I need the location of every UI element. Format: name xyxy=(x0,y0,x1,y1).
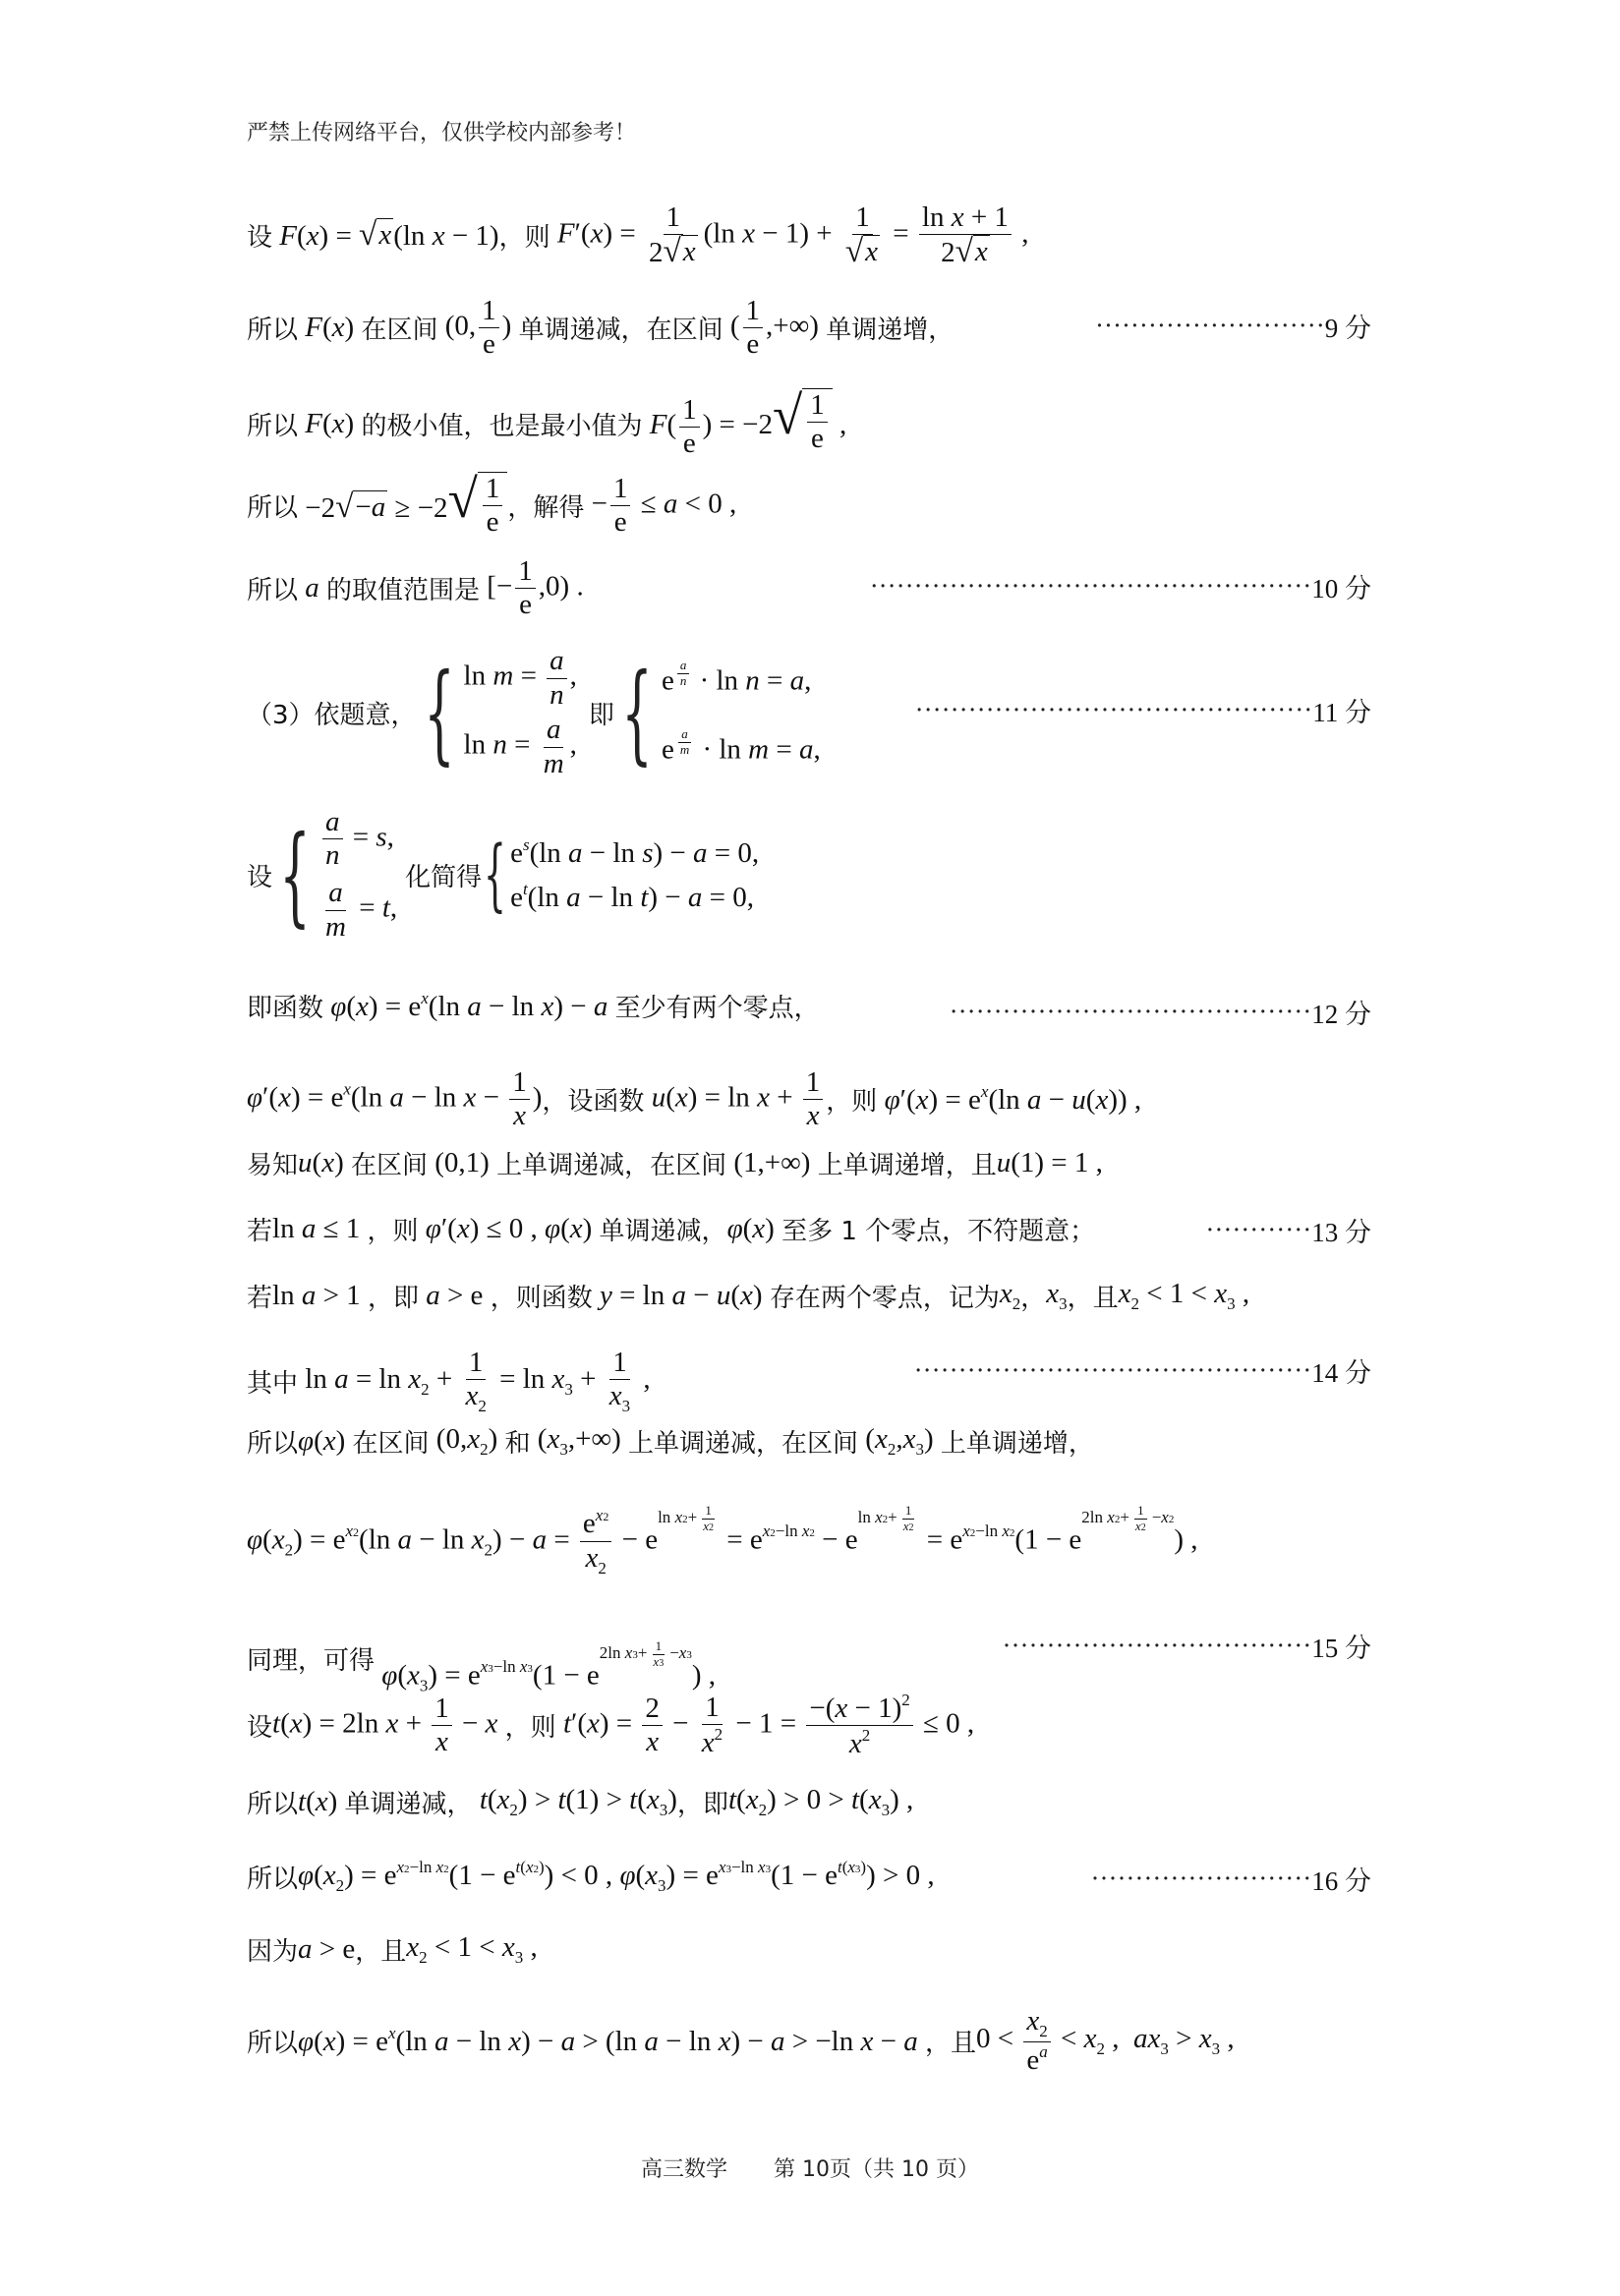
text: （3）依题意， xyxy=(247,695,417,731)
text: 上单调递减，在区间 xyxy=(628,1423,858,1460)
math-line-15: φ(x2) = ex2(ln a − ln x2) − a = ex2x2 − … xyxy=(247,1504,1198,1578)
page-footer: 高三数学 第 10页（共 10 页） xyxy=(0,2152,1620,2183)
text: 设 xyxy=(247,857,272,893)
text: 所以 xyxy=(247,2023,298,2059)
math-line-13: 其中 ln a = ln x2 + 1x2 = ln x3 + 1x3 , xyxy=(247,1347,651,1416)
score-marker-13: ············13 分 xyxy=(1205,1211,1371,1249)
text: ， xyxy=(1020,1278,1046,1314)
text: 上单调递减，在区间 xyxy=(496,1145,726,1181)
math-line-21: 所以 φ(x) = ex(ln a − ln x) − a > (ln a − … xyxy=(247,2005,1235,2077)
math-line-14: 所以 φ(x) 在区间 (0,x2) 和 (x3,+∞) 上单调递减，在区间 (… xyxy=(247,1423,1094,1460)
text: 其中 xyxy=(247,1363,298,1400)
text: 单调递增， xyxy=(826,310,954,346)
text: 的极小值，也是最小值为 xyxy=(361,406,642,442)
page-header-notice: 严禁上传网络平台，仅供学校内部参考！ xyxy=(247,116,636,146)
text: 单调递减， xyxy=(345,1784,473,1820)
text: 所以 xyxy=(247,1423,298,1460)
math-line-4: 所以 −2√−a ≥ −2√1e ，解得 −1e ≤ a < 0 , xyxy=(247,472,736,540)
text: 若 xyxy=(247,1278,272,1314)
score-marker-15: ···································15 分 xyxy=(1003,1627,1371,1665)
text: ，且 xyxy=(925,2023,976,2059)
math-line-16: 同理，可得 φ(x3) = ex3−ln x3(1 − e2ln x3+1x3−… xyxy=(247,1622,716,1695)
text: 所以 xyxy=(247,406,298,442)
math-line-19: 所以 φ(x2) = ex2−ln x2(1 − et(x2)) < 0 , φ… xyxy=(247,1858,935,1896)
text: 因为 xyxy=(247,1931,298,1968)
text: 设 xyxy=(247,217,272,254)
text: 易知 xyxy=(247,1145,298,1181)
text: ，即 xyxy=(677,1784,728,1820)
footer-page-number: 第 10页（共 10 页） xyxy=(774,2157,979,2182)
text: 在区间 xyxy=(361,310,437,346)
math-line-7: 设 { an = s, am = t, 化简得 { es(ln a − ln s… xyxy=(247,801,759,948)
text: 所以 xyxy=(247,1784,298,1820)
text: ，则函数 xyxy=(491,1278,593,1314)
text: 在区间 xyxy=(351,1145,428,1181)
text: 至多 1 个零点，不符题意； xyxy=(781,1211,1095,1247)
score-marker-9: ··························9 分 xyxy=(1095,307,1371,345)
text: ，设函数 xyxy=(542,1081,644,1118)
math-line-3: 所以 F(x) 的极小值，也是最小值为 F(1e) = −2√1e , xyxy=(247,388,846,460)
math-line-2: 所以 F(x) 在区间 (0,1e) 单调递减，在区间 (1e,+∞) 单调递增… xyxy=(247,295,954,362)
text: 设 xyxy=(247,1707,272,1744)
math-line-17: 设 t(x) = 2ln x + 1x − x ，则 t′(x) = 2x − … xyxy=(247,1691,974,1761)
text: ，则 xyxy=(505,1707,556,1744)
math-line-11: 若 ln a ≤ 1 ，则 φ′(x) ≤ 0 , φ(x) 单调递减， φ(x… xyxy=(247,1211,1095,1247)
text: 在区间 xyxy=(353,1423,430,1460)
text: 所以 xyxy=(247,310,298,346)
text: 存在两个零点，记为 xyxy=(770,1278,1000,1314)
text: 上单调递增，且 xyxy=(818,1145,997,1181)
text: 化简得 xyxy=(405,857,482,893)
math-line-8: 即函数 φ(x) = ex(ln a − ln x) − a 至少有两个零点， xyxy=(247,988,820,1024)
text: 即函数 xyxy=(247,988,323,1024)
text: 同理，可得 xyxy=(247,1640,375,1677)
score-marker-10: ········································… xyxy=(870,567,1371,605)
score-marker-14: ········································… xyxy=(914,1351,1371,1390)
score-marker-12: ········································… xyxy=(950,993,1371,1031)
text: ，即 xyxy=(368,1278,419,1314)
text: 单调递减， xyxy=(600,1211,727,1247)
text: 所以 xyxy=(247,1859,298,1895)
math-line-20: 因为 a > e ，且 x2 < 1 < x3 , xyxy=(247,1931,538,1968)
text: 若 xyxy=(247,1211,272,1247)
text: 单调递减，在区间 xyxy=(519,310,723,346)
text: 至少有两个零点， xyxy=(615,988,820,1024)
math-line-1: 设 F(x) = √x(ln x − 1) ，则 F′(x) = 12√x(ln… xyxy=(247,201,1028,270)
document-page: 严禁上传网络平台，仅供学校内部参考！ 设 F(x) = √x(ln x − 1)… xyxy=(0,0,1620,2296)
text: ，则 xyxy=(499,217,550,254)
score-marker-11: ········································… xyxy=(915,691,1371,729)
math-line-18: 所以 t(x) 单调递减， t(x2) > t(1) > t(x3) ，即 t(… xyxy=(247,1784,913,1820)
math-line-12: 若 ln a > 1 ，即 a > e ，则函数 y = ln a − u(x)… xyxy=(247,1278,1249,1314)
text: 所以 xyxy=(247,570,298,606)
text: 上单调递增， xyxy=(941,1423,1094,1460)
text: ，解得 xyxy=(507,488,584,524)
text: 的取值范围是 xyxy=(326,570,480,606)
math-line-10: 易知 u(x) 在区间 (0,1) 上单调递减，在区间 (1,+∞) 上单调递增… xyxy=(247,1145,1103,1181)
math-line-9: φ′(x) = ex(ln a − ln x − 1x) ，设函数 u(x) =… xyxy=(247,1066,1141,1133)
math-line-6: （3）依题意， { ln m = an, ln n = am, 即 { ean … xyxy=(247,639,821,786)
math-line-5: 所以 a 的取值范围是 [−1e,0) . xyxy=(247,555,584,622)
text: ，则 xyxy=(826,1081,877,1118)
score-marker-16: ·························16 分 xyxy=(1090,1860,1371,1898)
text: ，且 xyxy=(355,1931,406,1968)
text: 和 xyxy=(505,1423,531,1460)
text: ，且 xyxy=(1068,1278,1119,1314)
footer-subject: 高三数学 xyxy=(641,2157,727,2182)
text: ，则 xyxy=(368,1211,419,1247)
text: 所以 xyxy=(247,488,298,524)
text: 即 xyxy=(589,695,614,731)
